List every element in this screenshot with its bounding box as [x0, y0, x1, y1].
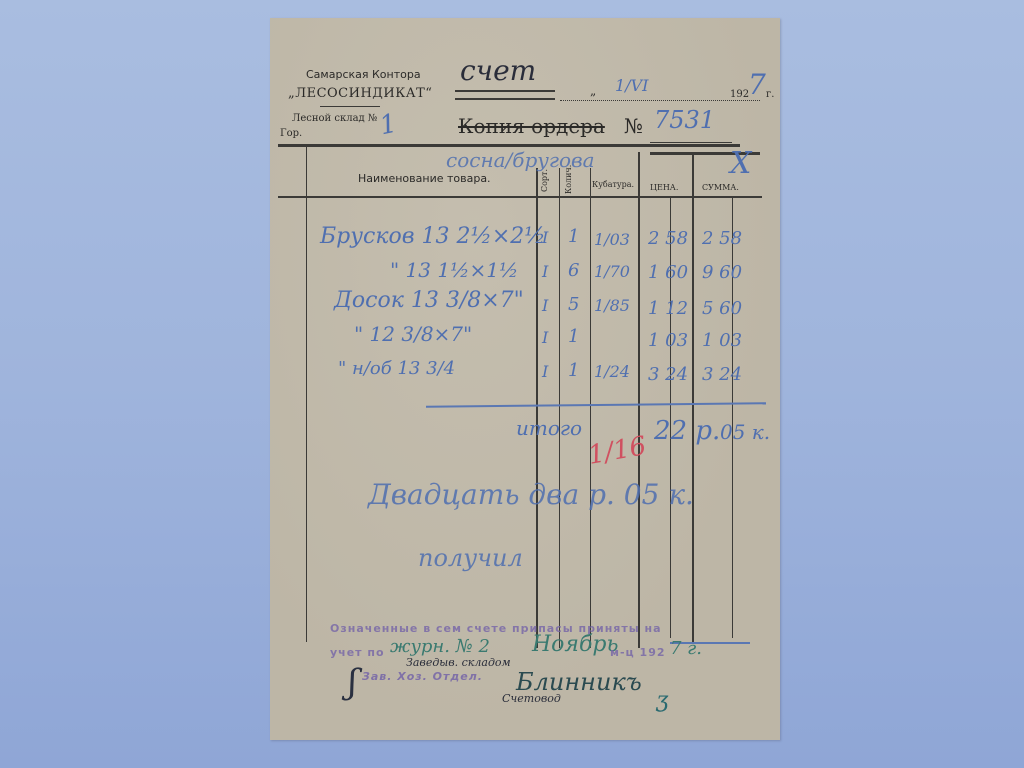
- sum-x-mark: X: [730, 146, 751, 181]
- row-3-cubature: 1/85: [594, 296, 630, 315]
- signature-tail: ʒ: [656, 688, 668, 713]
- row-1-cubature: 1/03: [594, 230, 630, 249]
- row-2-sort: I: [542, 262, 548, 281]
- date-day: 1/VI: [615, 76, 648, 95]
- row-2-cubature: 1/70: [594, 262, 630, 281]
- date-year-prefix: 192: [730, 89, 749, 100]
- total-divider: [426, 402, 766, 408]
- date-g: г.: [766, 89, 774, 100]
- row-3-sum: 5 60: [702, 298, 742, 319]
- col-header-sort: Сорт.: [540, 169, 549, 192]
- row-1-sort: I: [542, 228, 548, 247]
- stamp-month: Ноябрь: [532, 632, 619, 657]
- row-2-sum: 9 60: [702, 262, 742, 283]
- col-price-left: [638, 152, 640, 648]
- row-3-item: Досок 13 3/8×7": [334, 288, 524, 313]
- warehouse-value: 1: [377, 109, 399, 142]
- row-5-sum: 3 24: [702, 364, 742, 385]
- table-top-rule: [278, 144, 740, 147]
- row-5-qty: 1: [568, 360, 579, 381]
- col-left-border: [306, 146, 307, 642]
- stamp-line-2-prefix: учет по: [330, 646, 385, 659]
- row-4-sort: I: [542, 328, 548, 347]
- order-number-label: №: [624, 114, 643, 138]
- col-header-name: Наименование товара.: [358, 172, 491, 185]
- total-kop: 05 к.: [720, 420, 770, 444]
- row-1-qty: 1: [568, 226, 579, 247]
- order-number-rule: [650, 142, 732, 143]
- row-4-qty: 1: [568, 326, 579, 347]
- row-4-price: 1 03: [648, 330, 688, 351]
- row-1-item: Брусков 13 2½×2½: [320, 224, 546, 249]
- doc-type-strike-1: [455, 90, 555, 92]
- row-3-qty: 5: [568, 294, 579, 315]
- office-line: Самарская Контора: [306, 68, 421, 81]
- row-4-sum: 1 03: [702, 330, 742, 351]
- header-handwritten-note: сосна/бругова: [446, 148, 595, 172]
- city-label: Гор.: [280, 128, 302, 139]
- doc-type-strike-2: [455, 98, 555, 100]
- date-year-suffix: 7: [748, 68, 766, 101]
- row-1-price: 2 58: [648, 228, 688, 249]
- date-dotted-line: [560, 100, 760, 101]
- row-5-price: 3 24: [648, 364, 688, 385]
- stamp-line-2-suffix: м-ц 192: [610, 646, 666, 659]
- stamp-year: 7 г.: [670, 638, 702, 659]
- row-2-qty: 6: [568, 260, 579, 281]
- row-3-price: 1 12: [648, 298, 688, 319]
- stamp-book: журн. № 2: [390, 636, 490, 657]
- document-paper: Самарская Контора „ЛЕСОСИНДИКАТ“ Лесной …: [270, 18, 780, 740]
- company-rule: [320, 106, 380, 107]
- received-note: получил: [418, 544, 523, 572]
- row-5-cubature: 1/24: [594, 362, 630, 381]
- total-rub: 22 р.: [654, 416, 720, 446]
- col-qty-left: [559, 168, 560, 648]
- amount-in-words: Двадцать два р. 05 к.: [368, 478, 694, 511]
- row-2-item: " 13 1½×1½: [390, 258, 518, 282]
- doc-type-handwritten: счет: [460, 54, 536, 87]
- row-4-item: " 12 3/8×7": [354, 322, 472, 346]
- row-5-item: " н/об 13 3/4: [338, 358, 455, 379]
- header-bottom-rule: [278, 196, 762, 198]
- row-3-sort: I: [542, 296, 548, 315]
- row-5-sort: I: [542, 362, 548, 381]
- row-2-price: 1 60: [648, 262, 688, 283]
- col-cub-left: [590, 168, 591, 648]
- date-quote: „: [590, 84, 596, 98]
- order-title-struck: Копия ордера: [458, 114, 605, 138]
- signature-warehouse-head: ʃ: [348, 662, 357, 702]
- company-name: „ЛЕСОСИНДИКАТ“: [288, 86, 432, 101]
- warehouse-head-label: Заведыв. складом: [406, 656, 511, 669]
- order-number-value: 7531: [654, 106, 715, 134]
- col-header-cubature: Кубатура.: [592, 180, 634, 189]
- stamp-dept: Зав. Хоз. Отдел.: [362, 670, 483, 683]
- total-label: итого: [516, 416, 582, 440]
- col-sum-left: [692, 152, 694, 642]
- row-1-sum: 2 58: [702, 228, 742, 249]
- warehouse-label: Лесной склад №: [292, 113, 377, 124]
- col-header-sum: СУММА.: [702, 183, 739, 192]
- signature-accountant: Блинникъ: [516, 668, 642, 696]
- col-header-price: ЦЕНА.: [650, 183, 678, 192]
